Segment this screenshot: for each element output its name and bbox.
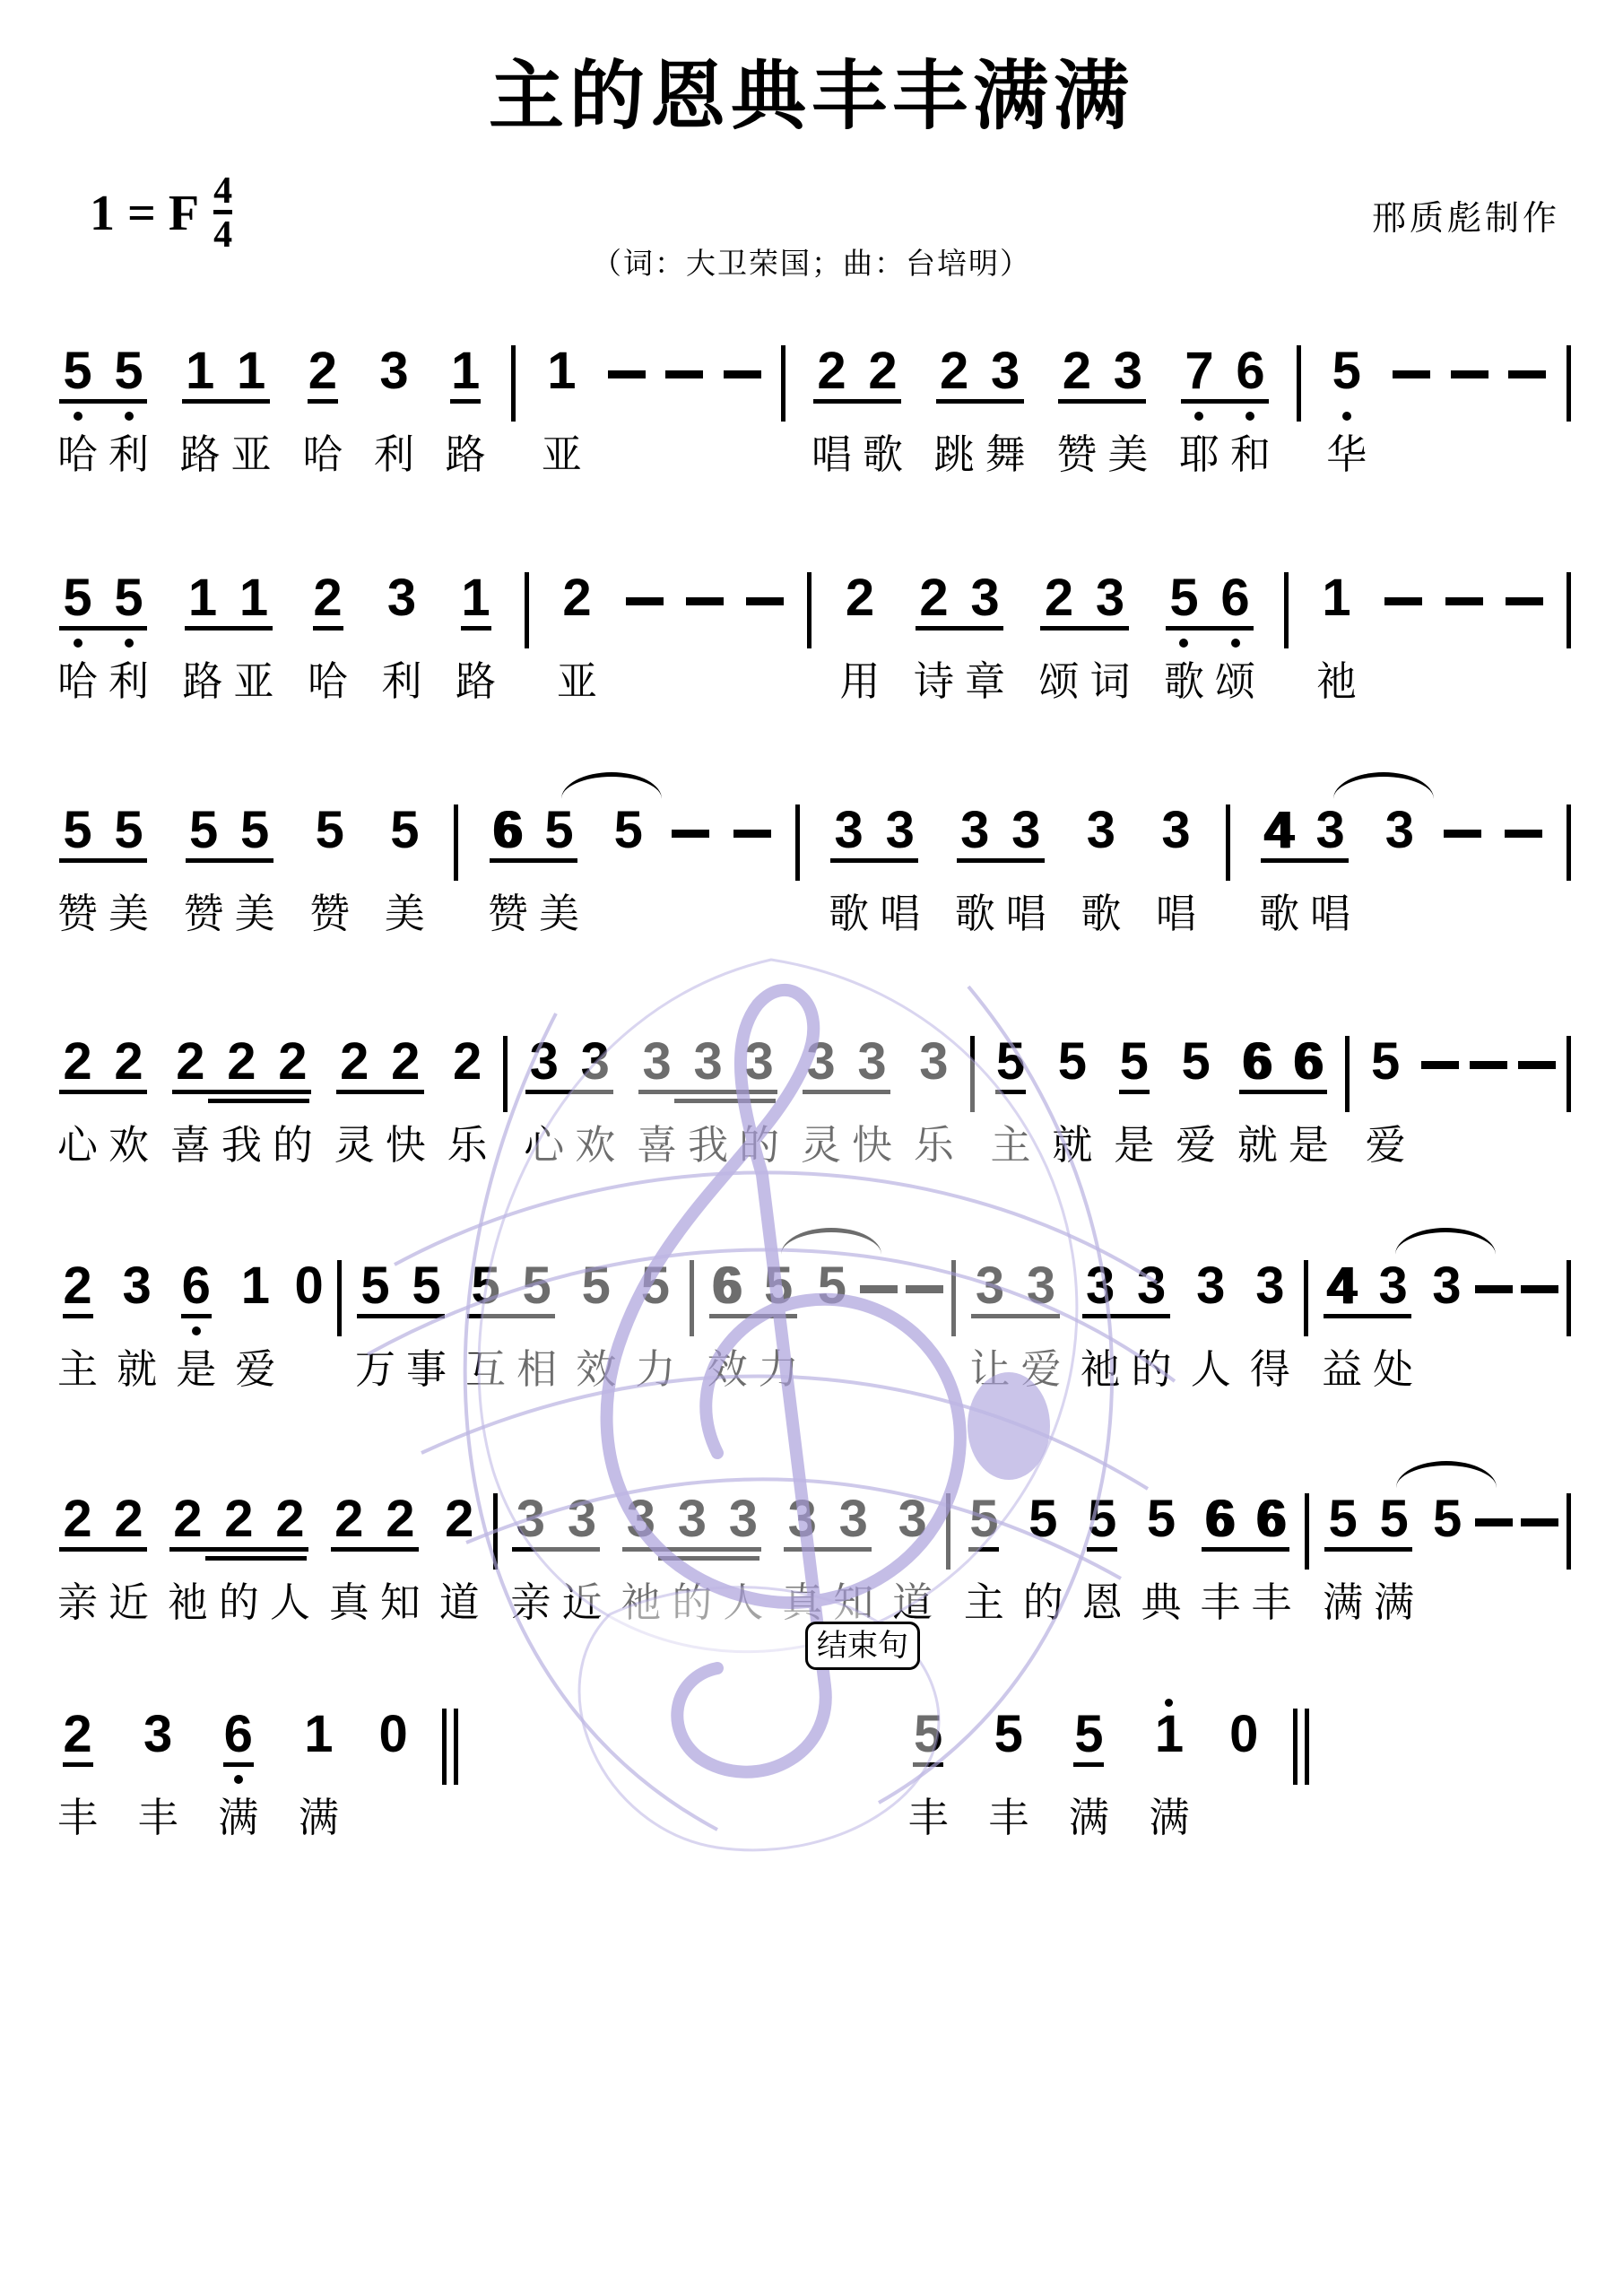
beam-line bbox=[813, 399, 901, 404]
note-number: 5 bbox=[1181, 1036, 1210, 1088]
note-number: 5 bbox=[189, 804, 218, 857]
note-number: 2 bbox=[278, 1036, 307, 1088]
barline bbox=[525, 572, 529, 648]
note-number: 5 bbox=[1328, 1493, 1357, 1545]
note-5: 5利 bbox=[103, 558, 154, 709]
eighth-underline bbox=[181, 1314, 212, 1318]
eighth-underline bbox=[63, 1762, 93, 1767]
lyric-char: 灵 bbox=[334, 1120, 375, 1172]
lyric-char: 的 bbox=[273, 1120, 313, 1172]
note-5: 5赞 bbox=[304, 790, 355, 941]
note-5: 5美 bbox=[230, 790, 281, 941]
note-number: 6 bbox=[182, 1260, 211, 1312]
lyric-char: 效 bbox=[707, 1344, 748, 1396]
note-number: 4 bbox=[1327, 1260, 1356, 1312]
beam-line-2 bbox=[674, 1099, 776, 1103]
beam-group: 2唱2歌 bbox=[806, 331, 908, 482]
lyric-char: 唱 bbox=[880, 889, 920, 941]
barline bbox=[946, 1493, 950, 1570]
note-3: 3美 bbox=[1102, 331, 1153, 482]
beam-line bbox=[182, 399, 270, 404]
lyric-char: 丰 bbox=[57, 1793, 98, 1845]
beam-group: 7耶6和 bbox=[1174, 331, 1276, 482]
note-0: 0 bbox=[374, 1694, 413, 1845]
duration-dash bbox=[1451, 370, 1488, 378]
score-line-5: 2主3就6是1爱0 5万5事5互5相5效5力6效5力5 3让3爱3祂3的3人3得… bbox=[52, 1246, 1571, 1396]
barline bbox=[1297, 345, 1301, 422]
lyric-char: 就 bbox=[1052, 1120, 1092, 1172]
note-3: 3唱 bbox=[1150, 790, 1202, 941]
note-2: 2亚 bbox=[551, 558, 603, 709]
note-3: 3我 bbox=[682, 1022, 733, 1172]
beam-line bbox=[957, 858, 1045, 863]
note-5: 5赞 bbox=[52, 790, 103, 941]
note-number: 3 bbox=[581, 1036, 610, 1088]
note-5: 5哈 bbox=[52, 558, 103, 709]
note-5: 5就 bbox=[1046, 1022, 1098, 1172]
note-2: 2真 bbox=[324, 1479, 375, 1630]
beam-group: 2喜2我2的 bbox=[165, 1022, 318, 1172]
lyric-char: 让 bbox=[969, 1344, 1010, 1396]
note-5: 5美 bbox=[534, 790, 585, 941]
note-number: 3 bbox=[516, 1493, 545, 1545]
duration-dash bbox=[1518, 1061, 1556, 1069]
lyric-char: 跳 bbox=[934, 430, 975, 482]
duration-dash bbox=[1445, 597, 1483, 605]
note-number: 5 bbox=[1169, 572, 1198, 624]
note-3: 3真 bbox=[777, 1479, 828, 1630]
note-number: 3 bbox=[530, 1036, 559, 1088]
note-number: 2 bbox=[224, 1493, 253, 1545]
lyric-char: 主 bbox=[57, 1344, 98, 1396]
lyric-char: 近 bbox=[561, 1578, 602, 1630]
eighth-underline bbox=[913, 1762, 943, 1767]
beam-group: 1路1亚 bbox=[178, 558, 280, 709]
note-5: 5事 bbox=[401, 1246, 452, 1396]
beam-line-2 bbox=[658, 1556, 759, 1561]
low-octave-dot bbox=[125, 412, 134, 421]
note-number: 6 bbox=[224, 1709, 253, 1761]
beam-line bbox=[1181, 399, 1269, 404]
note-3: 3就 bbox=[111, 1246, 162, 1396]
note-number: 2 bbox=[173, 1493, 202, 1545]
note-number: 5 bbox=[1147, 1493, 1176, 1545]
note-2: 2赞 bbox=[1051, 331, 1102, 482]
beam-group: 3亲3近 bbox=[505, 1479, 607, 1630]
double-barline bbox=[1293, 1709, 1309, 1785]
note-1: 1路 bbox=[440, 331, 491, 482]
lyric-char: 路 bbox=[183, 657, 223, 709]
note-number: 3 bbox=[643, 1036, 672, 1088]
note-number: 5 bbox=[114, 345, 143, 397]
note-3: 3喜 bbox=[631, 1022, 682, 1172]
note-3: 3祂 bbox=[615, 1479, 666, 1630]
note-3: 3亲 bbox=[505, 1479, 556, 1630]
beam-line bbox=[59, 399, 147, 404]
beam-group: 1路1亚 bbox=[175, 331, 277, 482]
low-octave-dot bbox=[1179, 639, 1188, 648]
note-number: 2 bbox=[63, 1036, 91, 1088]
note-number: 5 bbox=[390, 804, 419, 857]
note-number: 6 bbox=[1294, 1036, 1323, 1088]
note-2: 2人 bbox=[265, 1479, 316, 1630]
lyric-char: 赞 bbox=[488, 889, 528, 941]
note-5: 5歌 bbox=[1159, 558, 1210, 709]
beam-group: 2心2欢 bbox=[52, 1022, 154, 1172]
note-number: 2 bbox=[386, 1493, 414, 1545]
score-line-4: 2心2欢2喜2我2的2灵2快2乐3心3欢3喜3我3的3灵3快3乐5主5就5是5爱… bbox=[52, 1022, 1571, 1172]
note-2: 2哈 bbox=[297, 331, 348, 482]
note-number: 2 bbox=[114, 1036, 143, 1088]
duration-dash bbox=[672, 830, 709, 838]
note-number: 5 bbox=[1058, 1036, 1087, 1088]
lyric-char: 丰 bbox=[988, 1793, 1028, 1845]
note-number: 3 bbox=[1137, 1260, 1166, 1312]
note-6: 6赞 bbox=[482, 790, 534, 941]
beam-group: 2真2知 bbox=[324, 1479, 426, 1630]
note-5: 5万 bbox=[350, 1246, 401, 1396]
note-2: 2近 bbox=[103, 1479, 154, 1630]
beam-group: 2诗3章 bbox=[908, 558, 1011, 709]
note-1: 1亚 bbox=[226, 331, 277, 482]
note-2: 2乐 bbox=[442, 1022, 493, 1172]
note-number: 3 bbox=[788, 1493, 817, 1545]
note-2: 2的 bbox=[267, 1022, 318, 1172]
note-number: 5 bbox=[1379, 1493, 1408, 1545]
lyric-char bbox=[622, 889, 634, 941]
note-3: 3心 bbox=[518, 1022, 569, 1172]
lyric-char: 满 bbox=[1069, 1793, 1109, 1845]
beam-group: 5赞5美 bbox=[52, 790, 154, 941]
note-number: 3 bbox=[387, 572, 416, 624]
barline bbox=[1567, 572, 1571, 648]
note-3: 3 bbox=[1427, 1246, 1466, 1396]
note-number: 6 bbox=[1257, 1493, 1286, 1545]
lyric-char: 亚 bbox=[557, 657, 597, 709]
lyric-char: 心 bbox=[524, 1120, 564, 1172]
note-number: 3 bbox=[1379, 1260, 1408, 1312]
note-3: 3唱 bbox=[874, 790, 925, 941]
barline bbox=[781, 345, 785, 422]
note-1: 1满 bbox=[293, 1694, 344, 1845]
note-3: 3舞 bbox=[980, 331, 1031, 482]
note-number: 5 bbox=[1120, 1036, 1149, 1088]
note-number: 1 bbox=[237, 345, 265, 397]
beam-group: 5满5满 bbox=[1317, 1479, 1419, 1630]
note-number: 5 bbox=[412, 1260, 440, 1312]
lyric-char: 歌 bbox=[1081, 889, 1121, 941]
lyric-char: 得 bbox=[1250, 1344, 1290, 1396]
lyric-char: 路 bbox=[456, 657, 496, 709]
note-number: 2 bbox=[391, 1036, 420, 1088]
beam-line bbox=[525, 1090, 613, 1094]
lyric-char: 的 bbox=[739, 1120, 779, 1172]
barline bbox=[1567, 1260, 1571, 1336]
lyric-char: 满 bbox=[1323, 1578, 1363, 1630]
note-1: 1满 bbox=[1143, 1694, 1194, 1845]
lyric-char bbox=[1442, 1578, 1454, 1630]
note-number: 5 bbox=[114, 572, 143, 624]
note-number: 3 bbox=[729, 1493, 758, 1545]
barline bbox=[1226, 804, 1230, 881]
lyric-char: 爱 bbox=[235, 1344, 275, 1396]
ending-phrase-label: 结束句 bbox=[805, 1622, 920, 1670]
lyric-char: 我 bbox=[221, 1120, 262, 1172]
note-6: 6丰 bbox=[1194, 1479, 1245, 1630]
beam-line bbox=[1261, 858, 1349, 863]
duration-dash bbox=[1475, 1285, 1513, 1293]
note-5: 5满 bbox=[1317, 1479, 1368, 1630]
lyric-char: 人 bbox=[723, 1578, 763, 1630]
barline bbox=[1345, 1036, 1350, 1112]
barline bbox=[807, 572, 811, 648]
duration-dash bbox=[1475, 1518, 1513, 1526]
beam-group: 2颂3词 bbox=[1033, 558, 1135, 709]
note-2: 2知 bbox=[375, 1479, 426, 1630]
beam-line bbox=[971, 1314, 1059, 1318]
note-number: 6 bbox=[1220, 572, 1249, 624]
note-3: 3丰 bbox=[133, 1694, 184, 1845]
double-barline bbox=[442, 1709, 458, 1785]
duration-dash bbox=[608, 370, 646, 378]
lyric-char: 舞 bbox=[985, 430, 1026, 482]
lyric-char: 路 bbox=[180, 430, 221, 482]
lyric-char: 美 bbox=[108, 889, 149, 941]
lyric-char: 满 bbox=[1149, 1793, 1189, 1845]
score-line-2: 5哈5利1路1亚2哈3利1路2亚2用2诗3章2颂3词5歌6颂1祂 bbox=[52, 558, 1571, 709]
note-number: 5 bbox=[1028, 1493, 1057, 1545]
barline bbox=[454, 804, 458, 881]
note-number: 3 bbox=[1255, 1260, 1284, 1312]
barline bbox=[511, 345, 516, 422]
note-number: 5 bbox=[316, 804, 344, 857]
duration-dash bbox=[665, 370, 703, 378]
lyric-char: 哈 bbox=[57, 657, 98, 709]
low-octave-dot bbox=[1231, 639, 1240, 648]
note-5: 5 bbox=[609, 790, 648, 941]
note-5: 5丰 bbox=[903, 1694, 954, 1845]
lyric-char: 力 bbox=[635, 1344, 675, 1396]
lyric-char: 哈 bbox=[302, 430, 343, 482]
eighth-underline bbox=[1119, 1090, 1150, 1094]
note-number: 3 bbox=[1196, 1260, 1225, 1312]
lyric-char: 相 bbox=[516, 1344, 557, 1396]
note-number: 1 bbox=[188, 572, 217, 624]
lyric-char: 心 bbox=[57, 1120, 98, 1172]
lyric-char: 亚 bbox=[231, 430, 272, 482]
beam-group: 4益3处 bbox=[1316, 1246, 1419, 1396]
eighth-underline bbox=[308, 399, 338, 404]
lyric-char: 道 bbox=[439, 1578, 480, 1630]
note-number: 3 bbox=[835, 804, 864, 857]
beam-line bbox=[172, 1090, 311, 1094]
beam-line bbox=[1166, 626, 1254, 631]
lyric-char: 唱 bbox=[1310, 889, 1350, 941]
note-number: 2 bbox=[1063, 345, 1091, 397]
beam-line bbox=[59, 1547, 147, 1552]
note-7: 7耶 bbox=[1174, 331, 1225, 482]
note-number: 5 bbox=[1074, 1709, 1103, 1761]
eighth-underline bbox=[461, 626, 491, 631]
lyric-char: 丰 bbox=[138, 1793, 178, 1845]
note-number: 2 bbox=[275, 1493, 304, 1545]
note-5: 5的 bbox=[1018, 1479, 1069, 1630]
note-number: 3 bbox=[694, 1036, 723, 1088]
note-5: 5恩 bbox=[1077, 1479, 1128, 1630]
lyric-char: 快 bbox=[852, 1120, 892, 1172]
beam-line bbox=[336, 1090, 424, 1094]
note-number: 2 bbox=[340, 1036, 369, 1088]
lyric-char: 利 bbox=[108, 657, 149, 709]
barline bbox=[795, 804, 800, 881]
lyricist-composer-credit: （词：大卫荣国；曲：台培明） bbox=[0, 240, 1623, 283]
duration-dash bbox=[733, 830, 771, 838]
note-5: 5效 bbox=[570, 1246, 621, 1396]
note-5: 5 bbox=[812, 1246, 852, 1396]
note-2: 2丰 bbox=[52, 1694, 103, 1845]
lyric-char: 人 bbox=[270, 1578, 310, 1630]
lyric-char: 是 bbox=[176, 1344, 216, 1396]
note-number: 2 bbox=[1045, 572, 1073, 624]
note-5: 5主 bbox=[959, 1479, 1010, 1630]
beam-line-2 bbox=[205, 1556, 307, 1561]
barline bbox=[454, 1709, 458, 1785]
beam-line bbox=[916, 626, 1003, 631]
note-5: 5典 bbox=[1135, 1479, 1186, 1630]
lyric-char: 歌 bbox=[955, 889, 995, 941]
duration-dash bbox=[686, 597, 724, 605]
note-number: 5 bbox=[472, 1260, 500, 1312]
lyric-char: 和 bbox=[1230, 430, 1271, 482]
lyric-char: 唱 bbox=[811, 430, 852, 482]
note-3: 3祂 bbox=[1075, 1246, 1126, 1396]
note-number: 5 bbox=[641, 1260, 670, 1312]
note-number: 3 bbox=[1385, 804, 1414, 857]
duration-dash bbox=[1393, 370, 1430, 378]
note-2: 2诗 bbox=[908, 558, 959, 709]
note-2: 2跳 bbox=[929, 331, 980, 482]
note-5: 5美 bbox=[103, 790, 154, 941]
beam-line bbox=[1324, 1314, 1411, 1318]
note-number: 6 bbox=[493, 804, 522, 857]
duration-dash bbox=[1470, 1061, 1507, 1069]
eighth-underline bbox=[995, 1090, 1026, 1094]
note-3: 3歌 bbox=[823, 790, 874, 941]
note-number: 3 bbox=[379, 345, 408, 397]
note-3: 3爱 bbox=[1015, 1246, 1066, 1396]
note-6: 6就 bbox=[1232, 1022, 1283, 1172]
lyric-char: 利 bbox=[374, 430, 414, 482]
lyric-char: 乐 bbox=[914, 1120, 954, 1172]
low-octave-dot bbox=[74, 412, 82, 421]
note-1: 1路 bbox=[175, 331, 226, 482]
note-number: 3 bbox=[123, 1260, 152, 1312]
beam-line bbox=[1082, 1314, 1170, 1318]
note-number: 1 bbox=[461, 572, 490, 624]
beam-group: 3心3欢 bbox=[518, 1022, 621, 1172]
note-number: 6 bbox=[713, 1260, 742, 1312]
note-number: 1 bbox=[1155, 1709, 1184, 1761]
note-number: 3 bbox=[886, 804, 915, 857]
lyric-char: 的 bbox=[219, 1578, 259, 1630]
note-number: 3 bbox=[960, 804, 989, 857]
beam-group: 3真3知 bbox=[777, 1479, 879, 1630]
lyric-char: 喜 bbox=[637, 1120, 677, 1172]
lyric-char: 典 bbox=[1141, 1578, 1181, 1630]
lyric-char: 主 bbox=[964, 1578, 1004, 1630]
lyric-char: 满 bbox=[1374, 1578, 1414, 1630]
lyric-char: 的 bbox=[672, 1578, 712, 1630]
score-line-3: 5赞5美5赞5美5赞5美6赞5美5 3歌3唱3歌3唱3歌3唱4歌3唱3 bbox=[52, 790, 1571, 941]
lyric-char: 人 bbox=[1191, 1344, 1231, 1396]
barline bbox=[951, 1260, 956, 1336]
beam-group: 2祂2的2人 bbox=[162, 1479, 316, 1630]
note-number: 3 bbox=[1114, 345, 1142, 397]
note-number: 3 bbox=[839, 1493, 868, 1545]
note-6: 6满 bbox=[213, 1694, 264, 1845]
lyric-char bbox=[1441, 1344, 1453, 1396]
note-number: 2 bbox=[114, 1493, 143, 1545]
note-number: 2 bbox=[63, 1493, 91, 1545]
note-1: 1路 bbox=[178, 558, 229, 709]
barline bbox=[503, 1036, 508, 1112]
lyric-char: 力 bbox=[759, 1344, 799, 1396]
note-number: 2 bbox=[334, 1493, 363, 1545]
note-3: 3知 bbox=[828, 1479, 879, 1630]
note-number: 2 bbox=[176, 1036, 204, 1088]
lyric-char: 爱 bbox=[1366, 1120, 1406, 1172]
note-3: 3处 bbox=[1367, 1246, 1419, 1396]
duration-dash bbox=[1506, 597, 1543, 605]
note-number: 2 bbox=[63, 1709, 91, 1761]
note-number: 5 bbox=[544, 804, 573, 857]
note-number: 0 bbox=[379, 1709, 408, 1761]
note-6: 6丰 bbox=[1245, 1479, 1297, 1630]
lyric-char: 歌 bbox=[829, 889, 869, 941]
note-number: 3 bbox=[919, 1036, 948, 1088]
lyric-char: 哈 bbox=[57, 430, 98, 482]
beam-line bbox=[638, 1090, 777, 1094]
beam-line bbox=[1239, 1090, 1327, 1094]
lyric-char: 章 bbox=[965, 657, 1005, 709]
barline bbox=[1567, 1493, 1571, 1570]
beam-line bbox=[803, 1090, 890, 1094]
note-5: 5力 bbox=[753, 1246, 804, 1396]
low-octave-dot bbox=[1194, 412, 1203, 421]
lyric-char: 唱 bbox=[1006, 889, 1046, 941]
lyric-char: 处 bbox=[1373, 1344, 1413, 1396]
duration-dash bbox=[1505, 830, 1542, 838]
beam-line bbox=[357, 1314, 445, 1318]
note-5: 5赞 bbox=[178, 790, 230, 941]
note-number: 2 bbox=[313, 572, 342, 624]
barline bbox=[690, 1260, 694, 1336]
lyric-char: 用 bbox=[839, 657, 880, 709]
beam-group: 6就6是 bbox=[1232, 1022, 1334, 1172]
note-3: 3欢 bbox=[569, 1022, 621, 1172]
beam-group: 2跳3舞 bbox=[929, 331, 1031, 482]
note-number: 2 bbox=[227, 1036, 256, 1088]
lyric-char: 就 bbox=[117, 1344, 157, 1396]
beam-group: 3灵3快 bbox=[795, 1022, 898, 1172]
beam-group: 6丰6丰 bbox=[1194, 1479, 1297, 1630]
note-number: 6 bbox=[1243, 1036, 1271, 1088]
lyric-char: 唱 bbox=[1156, 889, 1196, 941]
duration-dash bbox=[860, 1285, 898, 1293]
lyric-char: 华 bbox=[1326, 430, 1367, 482]
note-number: 5 bbox=[1088, 1493, 1116, 1545]
beam-line bbox=[709, 1314, 797, 1318]
